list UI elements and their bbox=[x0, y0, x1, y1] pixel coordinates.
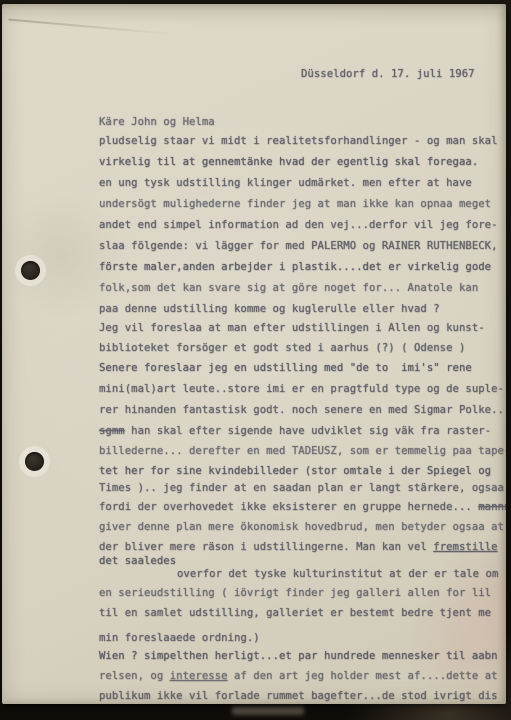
inserted-correction-line: det saaledes bbox=[99, 555, 176, 568]
letter-line: slaa fölgende: vi lägger for med PALERMO… bbox=[99, 240, 498, 253]
letter-line: overfor det tyske kulturinstitut at der … bbox=[177, 568, 498, 581]
letter-line: förste maler,anden arbejder i plastik...… bbox=[99, 261, 491, 274]
letter-line: til en samlet udstilling, galleriet er b… bbox=[99, 607, 491, 620]
letter-line: billederne... derefter en med TADEUSZ, s… bbox=[99, 445, 506, 458]
letter-line: paa denne udstilling komme og kuglerulle… bbox=[99, 303, 440, 316]
letter-line: Times ).. jeg finder at en saadan plan e… bbox=[99, 482, 504, 495]
letter-line-text: der bliver mere räson i udstillingerne. … bbox=[99, 541, 433, 553]
letter-line-with-underline: der bliver mere räson i udstillingerne. … bbox=[99, 541, 498, 554]
struck-out-word: mannn bbox=[478, 501, 506, 513]
letter-line: folk,som det kan svare sig at göre noget… bbox=[99, 282, 478, 295]
letter-line: mini(mal)art leute..store imi er en prag… bbox=[99, 383, 504, 396]
letter-line: Jeg vil foreslaa at man efter udstilling… bbox=[99, 322, 485, 335]
paper-crease bbox=[8, 19, 178, 36]
letter-line: en serieudstilling ( iövrigt finder jeg … bbox=[99, 587, 491, 600]
date-line: Düsseldorf d. 17. juli 1967 bbox=[301, 68, 475, 81]
letter-line: tet her for sine kvindebilleder (stor om… bbox=[99, 465, 491, 478]
letter-line: rer hinanden fantastisk godt. noch sener… bbox=[99, 404, 506, 417]
letter-line: min foreslaaede ordning.) bbox=[99, 632, 260, 645]
letter-page: Düsseldorf d. 17. juli 1967 Käre John og… bbox=[2, 4, 506, 704]
hole-punch-top bbox=[21, 261, 40, 280]
underlined-word: interesse bbox=[170, 670, 228, 682]
struck-out-word: sgmm bbox=[99, 425, 125, 437]
letter-line: pludselig staar vi midt i realitetsforha… bbox=[99, 135, 498, 148]
letter-line-text: fordi der overhovedet ikke eksisterer en… bbox=[99, 501, 478, 513]
letter-line: en ung tysk udstilling klinger udmärket.… bbox=[99, 177, 472, 190]
salutation: Käre John og Helma bbox=[99, 116, 215, 129]
underlined-word: fremstille bbox=[433, 541, 497, 553]
letter-line-with-underline: relsen, og interesse af den art jeg hold… bbox=[99, 670, 498, 683]
letter-line-text: relsen, og bbox=[99, 670, 170, 682]
letter-line: Senere foreslaar jeg en udstilling med "… bbox=[99, 362, 472, 375]
letter-line: virkelig til at gennemtänke hvad der ege… bbox=[99, 156, 478, 169]
underlying-sheet-edge bbox=[232, 707, 304, 715]
letter-line: undersögt mulighederne finder jeg at man… bbox=[99, 198, 491, 211]
letter-line-with-strikeout: sgmm han skal efter sigende have udvikle… bbox=[99, 425, 491, 438]
letter-line: andet end simpel information ad den vej.… bbox=[99, 219, 498, 232]
letter-line: biblioteket forsöger et godt sted i aarh… bbox=[99, 342, 465, 355]
letter-line-text: af den art jeg holder mest af....dette a… bbox=[228, 670, 498, 682]
letter-line: publikum ikke vil forlade rummet bagefte… bbox=[99, 690, 498, 703]
hole-punch-bottom bbox=[25, 452, 44, 471]
letter-line: Wien ? simpelthen herligt...et par hundr… bbox=[99, 650, 498, 663]
letter-line: giver denne plan mere ökonomisk hovedbru… bbox=[99, 521, 504, 534]
letter-line-with-strikeout: fordi der overhovedet ikke eksisterer en… bbox=[99, 501, 506, 514]
letter-line-text: han skal efter sigende have udviklet sig… bbox=[125, 425, 491, 437]
